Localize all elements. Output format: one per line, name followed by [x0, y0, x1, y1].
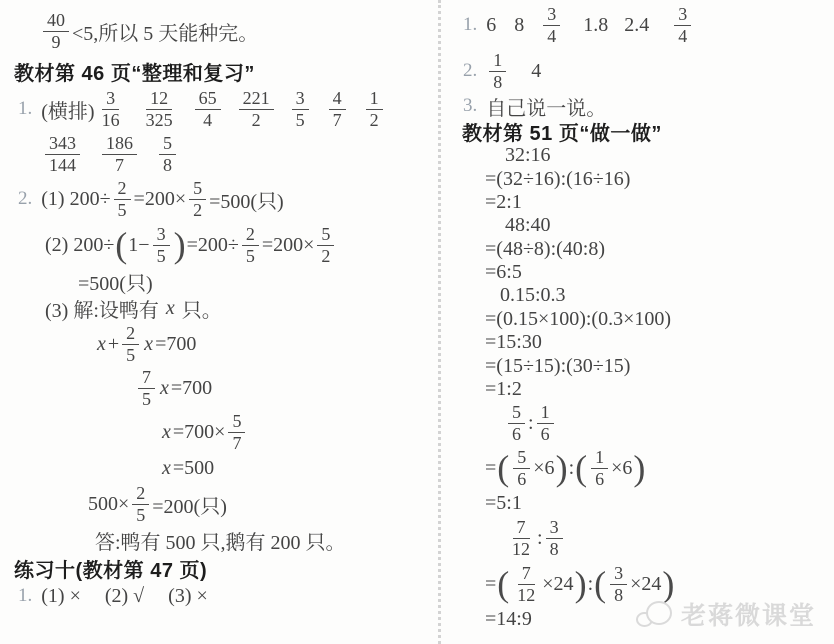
denominator: 9	[48, 32, 65, 53]
math-text: =(0.15×100):(0.3×100)	[485, 308, 671, 331]
numerator: 5	[508, 402, 525, 424]
math-line: =(32÷16):(16÷16)	[455, 167, 833, 191]
list-number: 3.	[463, 95, 477, 117]
textbook-answer-page: 409<5,所以 5 天能种完。教材第 46 页“整理和复习”1.(横排)316…	[0, 0, 834, 644]
math-line: 500×25=200(只)	[0, 482, 436, 526]
fraction: 25	[132, 483, 149, 525]
math-text: +	[108, 333, 119, 356]
denominator: 7	[228, 433, 245, 454]
numerator: 2	[132, 483, 149, 505]
math-line: 3.自己说一说。	[455, 94, 833, 118]
watermark: 老蒋微课堂	[636, 596, 816, 632]
math-text: 只。	[177, 294, 222, 323]
section-heading: 教材第 51 页“做一做”	[455, 118, 833, 144]
fraction: 1867	[102, 133, 137, 175]
denominator: 6	[537, 424, 554, 445]
fraction: 58	[159, 133, 176, 175]
big-parenthesis: (	[575, 450, 587, 486]
math-line: 1.(1) ×(2) √(3) ×	[0, 582, 436, 610]
watermark-speech-bubbles-icon	[636, 600, 672, 628]
denominator: 5	[153, 246, 170, 267]
math-text: ×6	[533, 457, 554, 480]
variable: x	[97, 333, 106, 356]
math-line: 32:16	[455, 144, 833, 167]
math-text: :	[588, 573, 594, 596]
denominator: 6	[508, 424, 525, 445]
math-line: 答:鸭有 500 只,鹅有 200 只。	[0, 526, 436, 554]
numerator: 5	[159, 133, 176, 155]
math-line: =(0.15×100):(0.3×100)	[455, 307, 833, 331]
math-text: =200(只)	[152, 490, 227, 519]
numerator: 1	[591, 447, 608, 469]
big-parenthesis: (	[115, 227, 127, 263]
denominator: 4	[674, 26, 691, 47]
math-line: x=500	[0, 454, 436, 482]
fraction: 712	[513, 563, 539, 605]
math-text: 8	[514, 14, 524, 37]
left-column: 409<5,所以 5 天能种完。教材第 46 页“整理和复习”1.(横排)316…	[0, 6, 436, 610]
math-line: x=700×57	[0, 410, 436, 454]
math-text: 4	[531, 60, 541, 83]
numerator: 2	[114, 178, 131, 200]
fraction: 57	[228, 411, 245, 453]
math-text: ×24	[542, 573, 573, 596]
numerator: 1	[366, 88, 383, 110]
numerator: 7	[138, 367, 155, 389]
math-text: =1:2	[485, 378, 522, 401]
numerator: 3	[674, 4, 691, 26]
big-parenthesis: )	[575, 566, 587, 602]
math-line: 409<5,所以 5 天能种完。	[0, 6, 436, 56]
fraction: 35	[153, 224, 170, 266]
fraction: 12325	[142, 88, 177, 130]
variable: x	[166, 297, 175, 320]
math-text: 1−	[128, 234, 149, 257]
math-text: =500(只)	[209, 185, 284, 214]
math-line: =2:1	[455, 191, 833, 214]
math-text: 2.4	[624, 14, 649, 37]
math-line: 2.184	[455, 48, 833, 94]
math-text: (2) √	[105, 585, 144, 608]
math-text: =	[485, 457, 496, 480]
denominator: 5	[242, 246, 259, 267]
denominator: 8	[610, 585, 627, 606]
denominator: 6	[591, 469, 608, 490]
numerator: 3	[153, 224, 170, 246]
denominator: 7	[111, 155, 128, 176]
denominator: 2	[189, 200, 206, 221]
math-line: x+25x=700	[0, 322, 436, 366]
math-text: 48:40	[505, 214, 551, 237]
math-text: =6:5	[485, 261, 522, 284]
variable: x	[162, 457, 171, 480]
math-text: :	[528, 412, 534, 435]
math-line: 2.(1) 200÷25=200×52=500(只)	[0, 176, 436, 222]
numerator: 3	[102, 88, 119, 110]
denominator: 144	[45, 155, 80, 176]
math-text: =	[485, 573, 496, 596]
fraction: 18	[489, 50, 506, 92]
right-column: 1.68341.82.4342.1843.自己说一说。教材第 51 页“做一做”…	[455, 2, 833, 631]
fraction: 316	[98, 88, 124, 130]
math-line: 56:16	[455, 401, 833, 445]
math-line: 48:40	[455, 214, 833, 237]
fraction: 56	[513, 447, 530, 489]
denominator: 8	[159, 155, 176, 176]
fraction: 16	[537, 402, 554, 444]
math-text: =700	[155, 333, 196, 356]
denominator: 4	[543, 26, 560, 47]
math-line: 75x=700	[0, 366, 436, 410]
variable: x	[144, 333, 153, 356]
big-parenthesis: )	[556, 450, 568, 486]
fraction: 52	[189, 178, 206, 220]
math-text: 答:鸭有 500 只,鹅有 200 只。	[95, 526, 346, 555]
math-text: =(32÷16):(16÷16)	[485, 168, 630, 191]
numerator: 65	[195, 88, 221, 110]
big-parenthesis: (	[497, 450, 509, 486]
numerator: 5	[228, 411, 245, 433]
math-line: 343144186758	[0, 132, 436, 176]
large-bubble-icon	[646, 601, 672, 625]
math-text: <5,所以 5 天能种完。	[72, 17, 258, 46]
fraction: 38	[546, 517, 563, 559]
math-line: =6:5	[455, 261, 833, 284]
numerator: 2	[242, 224, 259, 246]
math-text: =5:1	[485, 492, 522, 515]
numerator: 7	[518, 563, 535, 585]
math-text: 1.8	[583, 14, 608, 37]
math-line: =(15÷15):(30÷15)	[455, 354, 833, 378]
fraction: 38	[610, 563, 627, 605]
math-text: =(48÷8):(40:8)	[485, 238, 605, 261]
denominator: 5	[132, 505, 149, 526]
math-text: =700	[171, 377, 212, 400]
fraction: 2212	[239, 88, 274, 130]
math-line: 0.15:0.3	[455, 284, 833, 307]
math-text: :	[569, 457, 575, 480]
variable: x	[162, 421, 171, 444]
math-line: =(48÷8):(40:8)	[455, 237, 833, 261]
section-heading: 教材第 46 页“整理和复习”	[0, 56, 436, 86]
denominator: 7	[329, 110, 346, 131]
math-text: =200÷	[187, 234, 239, 257]
list-number: 1.	[18, 585, 32, 607]
numerator: 12	[146, 88, 172, 110]
denominator: 4	[199, 110, 216, 131]
fraction: 712	[508, 517, 534, 559]
fraction: 56	[508, 402, 525, 444]
math-text: (1) 200÷	[41, 188, 110, 211]
denominator: 8	[546, 539, 563, 560]
math-line: (2) 200÷(1−35)=200÷25=200×52	[0, 222, 436, 268]
math-line: =(56×6):(16×6)	[455, 445, 833, 491]
denominator: 12	[513, 585, 539, 606]
math-text: =15:30	[485, 331, 542, 354]
math-text: =(15÷15):(30÷15)	[485, 355, 630, 378]
fraction: 47	[329, 88, 346, 130]
fraction: 34	[674, 4, 691, 46]
denominator: 12	[508, 539, 534, 560]
fraction: 12	[366, 88, 383, 130]
numerator: 343	[45, 133, 80, 155]
math-line: =500(只)	[0, 268, 436, 294]
numerator: 3	[610, 563, 627, 585]
denominator: 2	[317, 246, 334, 267]
watermark-text: 老蒋微课堂	[681, 596, 816, 632]
denominator: 2	[248, 110, 265, 131]
math-text: 500×	[88, 493, 129, 516]
variable: x	[160, 377, 169, 400]
numerator: 5	[513, 447, 530, 469]
math-text: =14:9	[485, 608, 532, 631]
denominator: 325	[142, 110, 177, 131]
math-text: =500(只)	[78, 267, 153, 296]
numerator: 186	[102, 133, 137, 155]
math-line: (3) 解:设鸭有 x 只。	[0, 294, 436, 322]
section-heading: 练习十(教材第 47 页)	[0, 554, 436, 582]
math-text: =200×	[262, 234, 315, 257]
math-line: =15:30	[455, 331, 833, 354]
math-text: :	[537, 527, 543, 550]
numerator: 1	[537, 402, 554, 424]
math-line: 1.68341.82.434	[455, 2, 833, 48]
fraction: 409	[43, 10, 69, 52]
math-text: =2:1	[485, 191, 522, 214]
math-line: =5:1	[455, 491, 833, 515]
math-text: 6	[486, 14, 496, 37]
denominator: 8	[489, 72, 506, 93]
numerator: 3	[546, 517, 563, 539]
math-line: 1.(横排)316123256542212354712	[0, 86, 436, 132]
math-text: 0.15:0.3	[500, 284, 566, 307]
fraction: 343144	[45, 133, 80, 175]
numerator: 221	[239, 88, 274, 110]
list-number: 2.	[463, 60, 477, 82]
denominator: 5	[138, 389, 155, 410]
denominator: 2	[366, 110, 383, 131]
big-parenthesis: )	[633, 450, 645, 486]
numerator: 3	[292, 88, 309, 110]
column-divider-dotted-line	[438, 0, 441, 644]
list-number: 1.	[463, 14, 477, 36]
math-text: =500	[173, 457, 214, 480]
denominator: 5	[122, 345, 139, 366]
math-text: (1) ×	[41, 585, 81, 608]
numerator: 3	[543, 4, 560, 26]
big-parenthesis: (	[497, 566, 509, 602]
fraction: 16	[591, 447, 608, 489]
math-text: =200×	[134, 188, 187, 211]
fraction: 35	[292, 88, 309, 130]
math-text: =700×	[173, 421, 226, 444]
fraction: 34	[543, 4, 560, 46]
big-parenthesis: )	[174, 227, 186, 263]
fraction: 25	[114, 178, 131, 220]
numerator: 5	[189, 178, 206, 200]
denominator: 6	[513, 469, 530, 490]
math-text: (3) ×	[168, 585, 208, 608]
math-text: (3) 解:设鸭有	[45, 294, 164, 323]
denominator: 5	[114, 200, 131, 221]
numerator: 2	[122, 323, 139, 345]
numerator: 4	[329, 88, 346, 110]
big-parenthesis: (	[594, 566, 606, 602]
numerator: 7	[513, 517, 530, 539]
denominator: 16	[98, 110, 124, 131]
list-number: 2.	[18, 188, 32, 210]
math-line: =1:2	[455, 378, 833, 401]
numerator: 40	[43, 10, 69, 32]
math-line: 712:38	[455, 515, 833, 561]
fraction: 52	[317, 224, 334, 266]
fraction: 25	[242, 224, 259, 266]
numerator: 5	[317, 224, 334, 246]
fraction: 654	[195, 88, 221, 130]
denominator: 5	[292, 110, 309, 131]
list-number: 1.	[18, 98, 32, 120]
math-text: ×24	[630, 573, 661, 596]
math-text: ×6	[611, 457, 632, 480]
math-text: (横排)	[41, 95, 94, 124]
math-text: (2) 200÷	[45, 234, 114, 257]
fraction: 25	[122, 323, 139, 365]
math-text: 32:16	[505, 144, 551, 167]
numerator: 1	[489, 50, 506, 72]
fraction: 75	[138, 367, 155, 409]
